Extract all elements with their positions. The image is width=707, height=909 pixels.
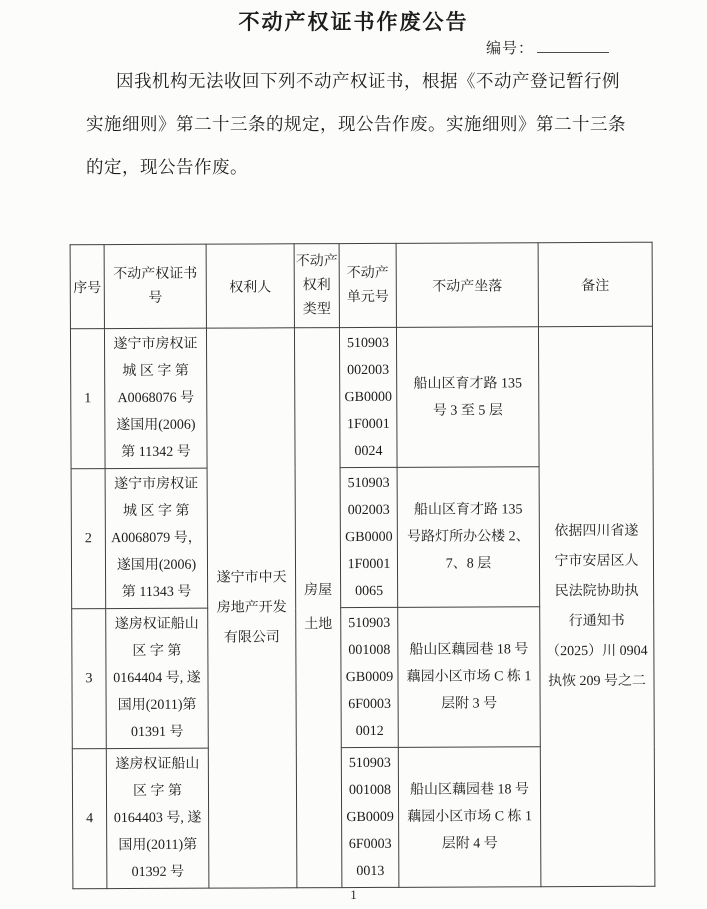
cert-number-cell: 遂宁市房权证 城 区 字 第 A0068076 号 遂国用(2006) 第 11… xyxy=(104,328,207,468)
table-row: 1 遂宁市房权证 城 区 字 第 A0068076 号 遂国用(2006) 第 … xyxy=(70,326,653,469)
cert-number-text: 遂宁市房权证 城 区 字 第 A0068076 号 遂国用(2006) 第 11… xyxy=(106,331,206,466)
cert-number-cell: 遂房权证船山 区 字 第 0164404 号, 遂 国用(2011)第 0139… xyxy=(106,608,209,748)
table-header-row: 序号 不动产权证书 号 权利人 不动产 权利 类型 不动产 单元号 不动产坐落 … xyxy=(70,242,652,329)
seq-cell: 1 xyxy=(70,329,105,469)
unit-number-cell: 510903 002003 GB0000 1F0001 0065 xyxy=(340,467,398,607)
location-cell: 船山区育才路 135 号 3 至 5 层 xyxy=(396,327,539,468)
intro-line: 的定，现公告作废。 xyxy=(86,146,626,189)
right-type-text: 房屋 土地 xyxy=(297,574,339,642)
location-cell: 船山区藕园巷 18 号 藕园小区市场 C 栋 1 层附 4 号 xyxy=(398,747,541,888)
right-type-cell: 房屋 土地 xyxy=(294,328,341,888)
header-seq: 序号 xyxy=(70,245,104,329)
location-cell: 船山区藕园巷 18 号 藕园小区市场 C 栋 1 层附 3 号 xyxy=(398,607,541,748)
header-right-type: 不动产 权利 类型 xyxy=(294,244,339,328)
seq-cell: 2 xyxy=(71,469,106,609)
unit-number-text: 510903 002003 GB0000 1F0001 0065 xyxy=(342,470,397,605)
cert-number-cell: 遂房权证船山 区 字 第 0164403 号, 遂 国用(2011)第 0139… xyxy=(106,748,209,888)
cert-number-text: 遂房权证船山 区 字 第 0164403 号, 遂 国用(2011)第 0139… xyxy=(108,751,208,886)
intro-line: 实施细则》第二十三条的规定，现公告作废。实施细则》第二十三条 xyxy=(86,103,626,146)
serial-number-label: 编号： xyxy=(486,41,534,57)
location-text: 船山区育才路 135 号 3 至 5 层 xyxy=(398,370,537,425)
holder-text: 遂宁市中天 房地产开发 有限公司 xyxy=(209,563,294,653)
header-remark: 备注 xyxy=(538,242,652,326)
certificates-table: 序号 不动产权证书 号 权利人 不动产 权利 类型 不动产 单元号 不动产坐落 … xyxy=(70,242,656,890)
scanned-document-page: 不动产权证书作废公告 编号： 因我机构无法收回下列不动产权证书，根据《不动产登记… xyxy=(0,0,707,909)
intro-line: 因我机构无法收回下列不动产权证书，根据《不动产登记暂行例 xyxy=(86,60,626,103)
location-text: 船山区藕园巷 18 号 藕园小区市场 C 栋 1 层附 3 号 xyxy=(399,636,538,718)
header-cert-number: 不动产权证书 号 xyxy=(104,244,206,328)
remark-cell: 依据四川省遂 宁市安居区人 民法院协助执 行通知书 （2025）川 0904 执… xyxy=(538,326,654,886)
cert-number-cell: 遂宁市房权证 城 区 字 第 A0068079 号， 遂国用(2006) 第 1… xyxy=(105,468,208,608)
location-cell: 船山区育才路 135 号路灯所办公楼 2、 7、8 层 xyxy=(397,467,540,608)
header-location: 不动产坐落 xyxy=(396,243,538,328)
serial-number-field: 编号： xyxy=(486,37,609,58)
holder-cell: 遂宁市中天 房地产开发 有限公司 xyxy=(206,328,296,888)
seq-cell: 3 xyxy=(72,609,107,749)
seq-cell: 4 xyxy=(72,749,107,889)
unit-number-text: 510903 001008 GB0009 6F0003 0012 xyxy=(342,610,397,745)
unit-number-cell: 510903 001008 GB0009 6F0003 0012 xyxy=(341,607,399,747)
document-title: 不动产权证书作废公告 xyxy=(0,6,707,36)
unit-number-cell: 510903 002003 GB0000 1F0001 0024 xyxy=(339,327,397,467)
header-holder: 权利人 xyxy=(206,244,294,328)
location-text: 船山区藕园巷 18 号 藕园小区市场 C 栋 1 层附 4 号 xyxy=(400,776,539,858)
intro-paragraph: 因我机构无法收回下列不动产权证书，根据《不动产登记暂行例 实施细则》第二十三条的… xyxy=(86,60,626,189)
serial-number-blank xyxy=(537,39,609,53)
unit-number-text: 510903 002003 GB0000 1F0001 0024 xyxy=(341,330,396,465)
location-text: 船山区育才路 135 号路灯所办公楼 2、 7、8 层 xyxy=(399,496,538,578)
page-number: 1 xyxy=(0,887,707,903)
cert-number-text: 遂宁市房权证 城 区 字 第 A0068079 号， 遂国用(2006) 第 1… xyxy=(107,471,207,606)
unit-number-text: 510903 001008 GB0009 6F0003 0013 xyxy=(343,750,398,885)
cert-number-text: 遂房权证船山 区 字 第 0164404 号, 遂 国用(2011)第 0139… xyxy=(107,611,207,746)
unit-number-cell: 510903 001008 GB0009 6F0003 0013 xyxy=(341,747,399,887)
remark-text: 依据四川省遂 宁市安居区人 民法院协助执 行通知书 （2025）川 0904 执… xyxy=(541,516,653,696)
header-unit-number: 不动产 单元号 xyxy=(339,243,396,327)
